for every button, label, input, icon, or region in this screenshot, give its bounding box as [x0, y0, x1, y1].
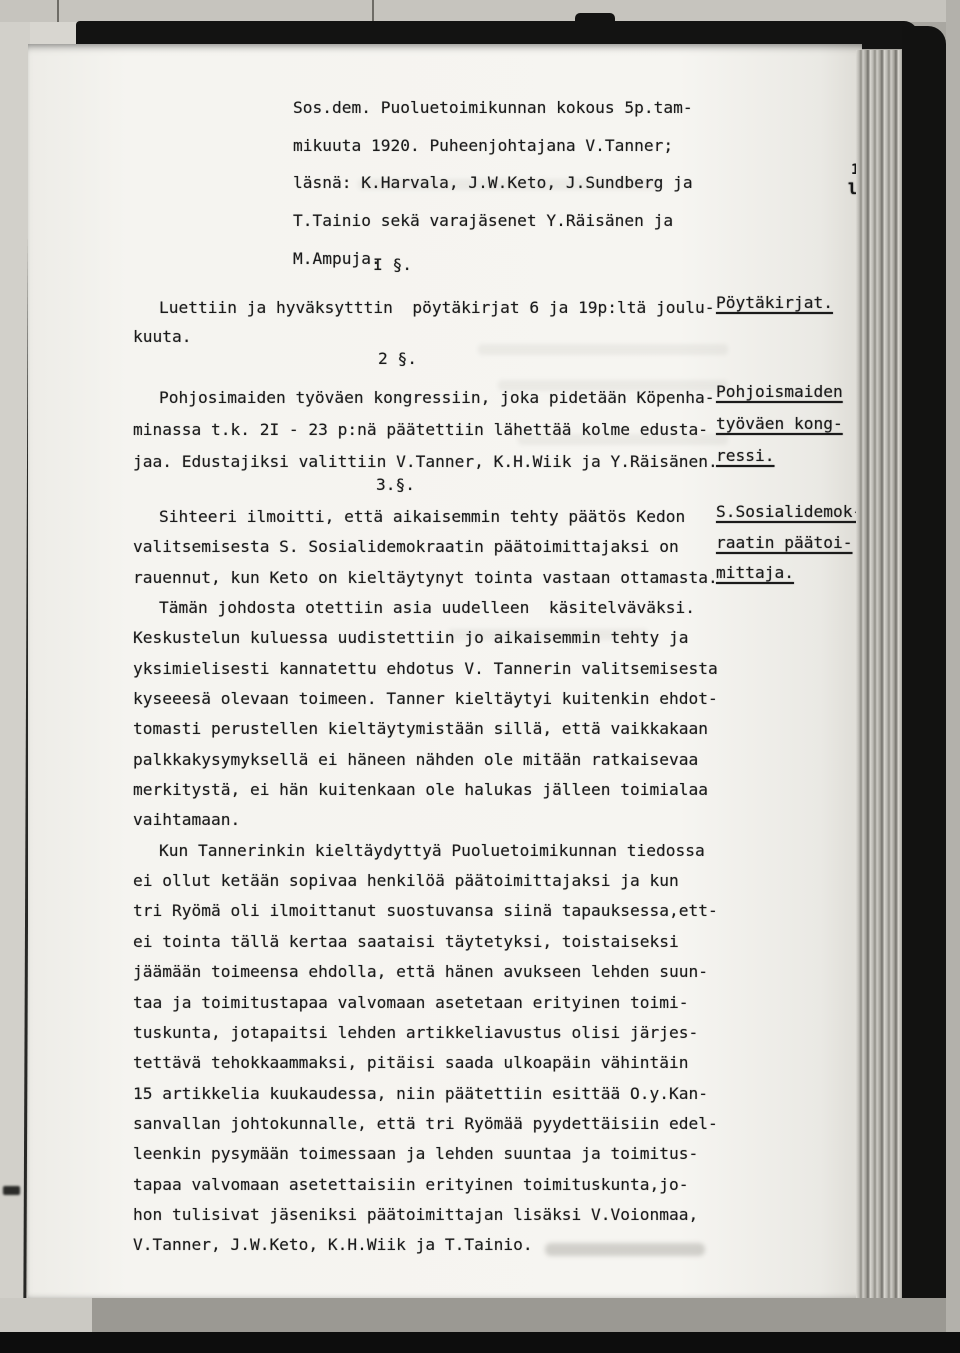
headnote-line: läsnä: K.Harvala, J.W.Keto, J.Sundberg j… — [293, 164, 693, 202]
film-tick-mark — [372, 0, 374, 22]
body-line: Pohjosimaiden työväen kongressiin, joka … — [133, 382, 718, 414]
body-line: Keskustelun kuluessa uudistettiin jo aik… — [133, 623, 718, 653]
body-line: tomasti perustellen kieltäytymistään sil… — [133, 714, 718, 744]
body-line: Sihteeri ilmoitti, että aikaisemmin teht… — [133, 502, 718, 532]
body-line: minassa t.k. 2I - 23 p:nä päätettiin läh… — [133, 414, 718, 446]
photo-right-strip — [946, 0, 960, 1353]
film-tick-mark — [57, 0, 59, 22]
margin-note: Pohjoismaiden — [716, 382, 843, 401]
headnote-line: T.Tainio sekä varajäsenet Y.Räisänen ja — [293, 202, 693, 240]
photo-top-strip — [0, 0, 960, 22]
body-line: yksimielisesti kannatettu ehdotus V. Tan… — [133, 654, 718, 684]
meeting-headnote: Sos.dem. Puoluetoimikunnan kokous 5p.tam… — [293, 89, 693, 278]
body-line: kuuta. — [133, 322, 715, 351]
margin-note: työväen kong- — [716, 414, 843, 433]
margin-note: S.Sosialidemok- — [716, 502, 862, 521]
body-line: taa ja toimitustapaa valvomaan asetetaan… — [133, 988, 718, 1018]
body-line: Kun Tannerinkin kieltäydyttyä Puoluetoim… — [133, 836, 718, 866]
section-2-header: 2 §. — [378, 349, 417, 368]
body-line: tuskunta, jotapaitsi lehden artikkeliavu… — [133, 1018, 718, 1048]
pencil-smudge — [545, 1243, 705, 1256]
book-cover-right-edge — [902, 26, 946, 1353]
section-3-header: 3.§. — [376, 475, 415, 494]
body-line: jäämään toimeensa ehdolla, että hänen av… — [133, 957, 718, 987]
margin-note: Pöytäkirjat. — [716, 293, 833, 312]
book-pages-edge — [856, 50, 904, 1298]
margin-note: mittaja. — [716, 563, 794, 582]
body-line: sanvallan johtokunnalle, että tri Ryömää… — [133, 1109, 718, 1139]
body-line: Tämän johdosta otettiin asia uudelleen k… — [133, 593, 718, 623]
body-line: tettävä tehokkaammaksi, pitäisi saada ul… — [133, 1048, 718, 1078]
body-line: jaa. Edustajiksi valittiin V.Tanner, K.H… — [133, 446, 718, 478]
body-line: Luettiin ja hyväksytttin pöytäkirjat 6 j… — [133, 293, 715, 322]
section-2-paragraph: Pohjosimaiden työväen kongressiin, joka … — [133, 382, 718, 478]
stray-ink-mark — [3, 1186, 20, 1195]
body-line: ei tointa tällä kertaa saataisi täytetyk… — [133, 927, 718, 957]
section-1-header: I §. — [373, 255, 412, 274]
headnote-line: mikuuta 1920. Puheenjohtajana V.Tanner; — [293, 127, 693, 165]
headnote-line: Sos.dem. Puoluetoimikunnan kokous 5p.tam… — [293, 89, 693, 127]
section-3-paragraph: Sihteeri ilmoitti, että aikaisemmin teht… — [133, 502, 718, 1261]
photo-bottom-strip — [0, 1298, 946, 1332]
body-line: vaihtamaan. — [133, 805, 718, 835]
headnote-line: M.Ampuja. — [293, 240, 693, 278]
scanned-document-photo: Sos.dem. Puoluetoimikunnan kokous 5p.tam… — [0, 0, 960, 1353]
photo-bottom-left-notch — [0, 1298, 92, 1332]
body-line: leenkin pysymään toimessaan ja lehden su… — [133, 1139, 718, 1169]
book-cover-bottom-edge — [0, 1332, 960, 1353]
body-line: valitsemisesta S. Sosialidemokraatin pää… — [133, 532, 718, 562]
body-line: tri Ryömä oli ilmoittanut suostuvansa si… — [133, 896, 718, 926]
body-line: 15 artikkelia kuukaudessa, niin päätetti… — [133, 1079, 718, 1109]
body-line: rauennut, kun Keto on kieltäytynyt toint… — [133, 563, 718, 593]
body-line: tapaa valvomaan asetettaisiin erityinen … — [133, 1170, 718, 1200]
body-line: merkitystä, ei hän kuitenkaan ole haluka… — [133, 775, 718, 805]
body-line: hon tulisivat jäseniksi päätoimittajan l… — [133, 1200, 718, 1230]
body-line: ei ollut ketään sopivaa henkilöä päätoim… — [133, 866, 718, 896]
body-line: kyseeesä olevaan toimeen. Tanner kieltäy… — [133, 684, 718, 714]
body-line: palkkakysymyksellä ei häneen nähden ole … — [133, 745, 718, 775]
section-1-paragraph: Luettiin ja hyväksytttin pöytäkirjat 6 j… — [133, 293, 715, 351]
document-page: Sos.dem. Puoluetoimikunnan kokous 5p.tam… — [28, 44, 862, 1298]
margin-note: raatin päätoi- — [716, 533, 852, 552]
margin-note: ressi. — [716, 446, 774, 465]
